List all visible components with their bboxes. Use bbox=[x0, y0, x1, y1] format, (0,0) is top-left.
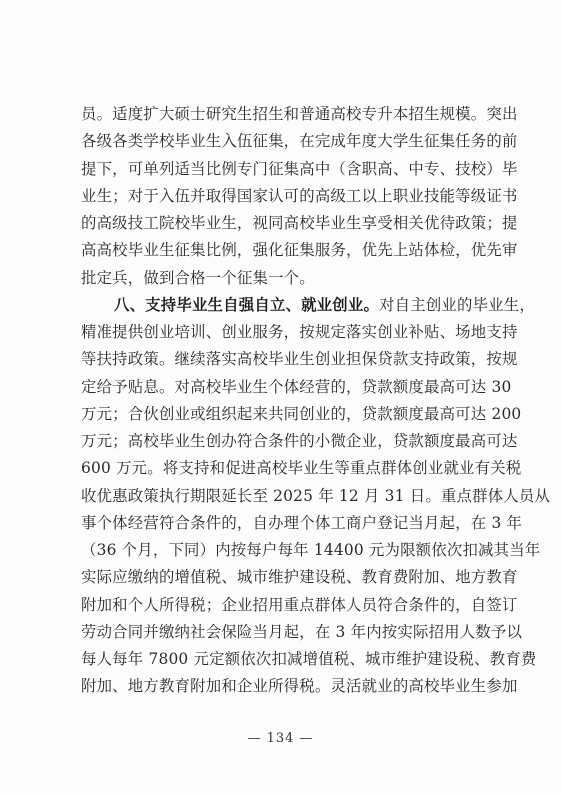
text-run: 对自主创业的毕业生， bbox=[379, 296, 535, 314]
text-line: 万元；高校毕业生创办符合条件的小微企业，贷款额度最高可达 bbox=[81, 428, 493, 455]
text-line: 各级各类学校毕业生入伍征集，在完成年度大学生征集任务的前 bbox=[81, 128, 493, 155]
body-text: 员。适度扩大硕士研究生招生和普通高校专升本招生规模。突出 各级各类学校毕业生入伍… bbox=[81, 101, 493, 701]
text-line: 定给予贴息。对高校毕业生个体经营的，贷款额度最高可达 30 bbox=[81, 374, 493, 401]
text-line: （36 个月，下同）内按每户每年 14400 元为限额依次扣减其当年 bbox=[81, 537, 493, 564]
section-heading-line: 八、支持毕业生自强自立、就业创业。对自主创业的毕业生， bbox=[81, 292, 493, 319]
text-line: 附加和个人所得税；企业招用重点群体人员符合条件的，自签订 bbox=[81, 592, 493, 619]
section-heading: 八、支持毕业生自强自立、就业创业。 bbox=[114, 296, 379, 314]
text-line: 事个体经营符合条件的，自办理个体工商户登记当月起，在 3 年 bbox=[81, 510, 493, 537]
text-line: 实际应缴纳的增值税、城市维护建设税、教育费附加、地方教育 bbox=[81, 564, 493, 591]
text-line: 提下，可单列适当比例专门征集高中（含职高、中专、技校）毕 bbox=[81, 156, 493, 183]
text-line: 收优惠政策执行期限延长至 2025 年 12 月 31 日。重点群体人员从 bbox=[81, 483, 493, 510]
text-line: 高高校毕业生征集比例，强化征集服务，优先上站体检，优先审 bbox=[81, 237, 493, 264]
document-page: 员。适度扩大硕士研究生招生和普通高校专升本招生规模。突出 各级各类学校毕业生入伍… bbox=[0, 0, 561, 793]
text-line: 600 万元。将支持和促进高校毕业生等重点群体创业就业有关税 bbox=[81, 455, 493, 482]
text-line: 业生；对于入伍并取得国家认可的高级工以上职业技能等级证书 bbox=[81, 183, 493, 210]
text-line: 等扶持政策。继续落实高校毕业生创业担保贷款支持政策，按规 bbox=[81, 346, 493, 373]
text-line: 附加、地方教育附加和企业所得税。灵活就业的高校毕业生参加 bbox=[81, 673, 493, 700]
text-line: 劳动合同并缴纳社会保险当月起，在 3 年内按实际招用人数予以 bbox=[81, 619, 493, 646]
page-number: — 134 — bbox=[0, 731, 561, 746]
text-line: 每人每年 7800 元定额依次扣减增值税、城市维护建设税、教育费 bbox=[81, 646, 493, 673]
text-line: 员。适度扩大硕士研究生招生和普通高校专升本招生规模。突出 bbox=[81, 101, 493, 128]
text-line: 批定兵，做到合格一个征集一个。 bbox=[81, 265, 493, 292]
text-line: 精准提供创业培训、创业服务，按规定落实创业补贴、场地支持 bbox=[81, 319, 493, 346]
text-line: 的高级技工院校毕业生，视同高校毕业生享受相关优待政策；提 bbox=[81, 210, 493, 237]
text-line: 万元；合伙创业或组织起来共同创业的，贷款额度最高可达 200 bbox=[81, 401, 493, 428]
